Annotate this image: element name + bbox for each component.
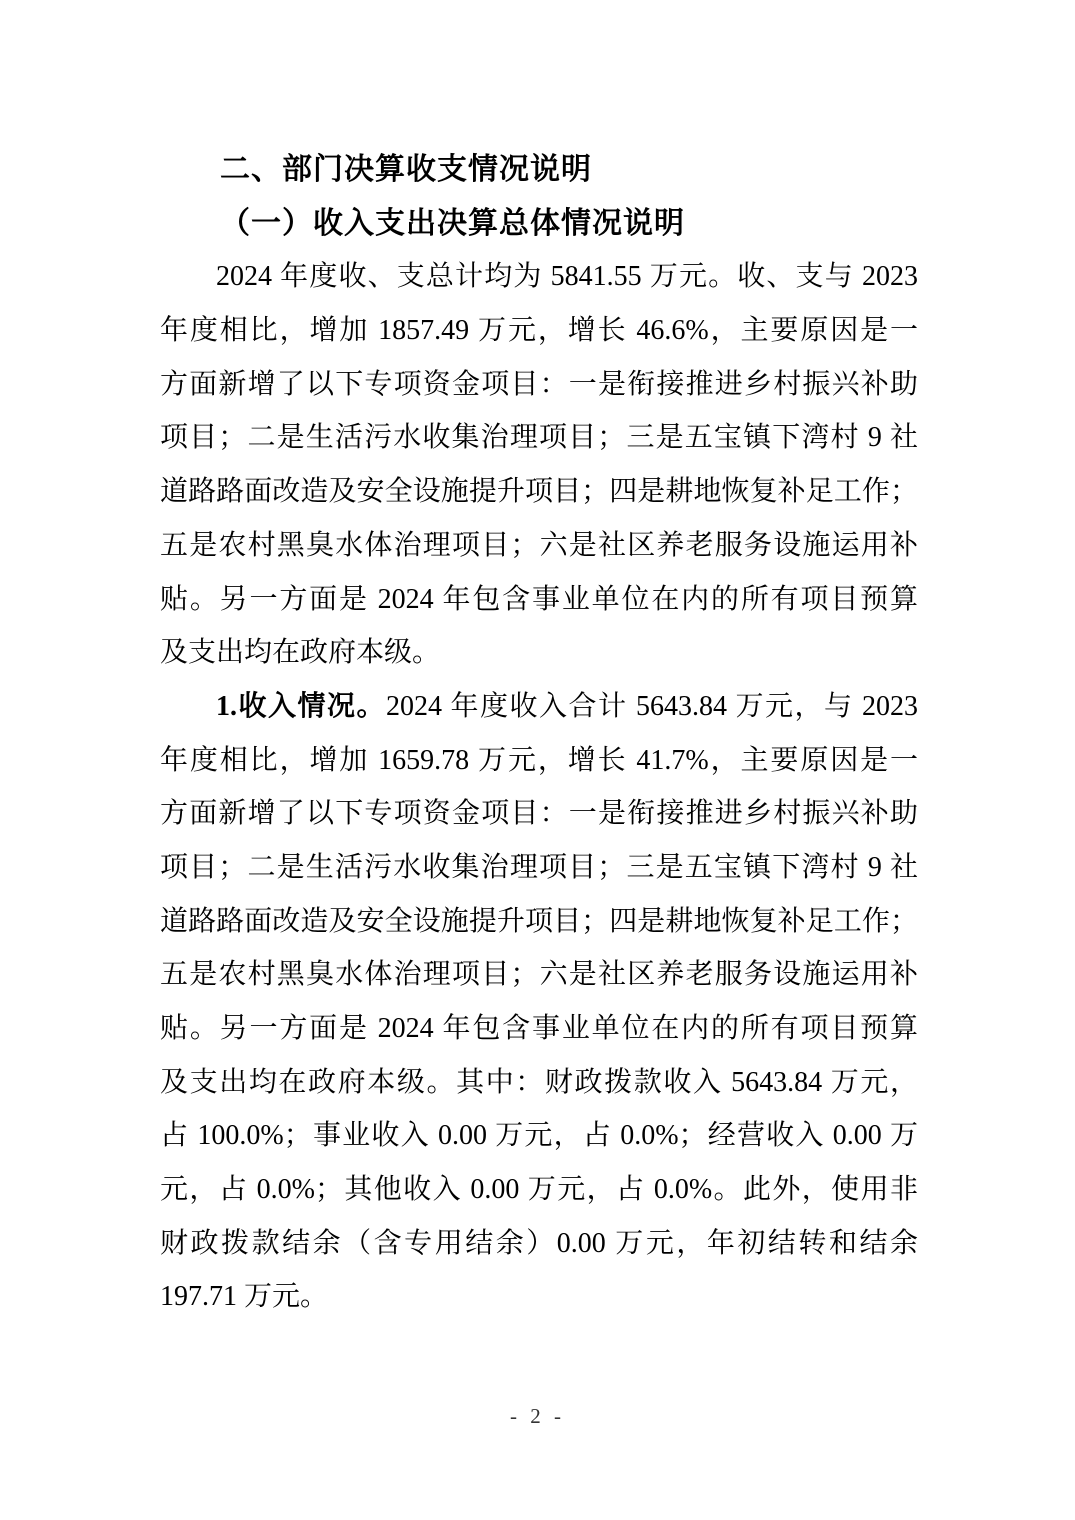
paragraph-overview: 2024 年度收、支总计均为 5841.55 万元。收、支与 2023 年度相比… <box>160 250 918 680</box>
text-line: 财政拨款结余（含专用结余）0.00 万元，年初结转和结余 <box>160 1217 918 1271</box>
text-line: 贴。另一方面是 2024 年包含事业单位在内的所有项目预算 <box>160 573 918 627</box>
text-run: 2024 年度收入合计 5643.84 万元，与 2023 <box>386 691 918 722</box>
text-line: 项目；二是生活污水收集治理项目；三是五宝镇下湾村 9 社 <box>160 841 918 895</box>
text-line: 2024 年度收、支总计均为 5841.55 万元。收、支与 2023 <box>160 250 918 304</box>
text-line: 及支出均在政府本级。 <box>160 626 918 680</box>
text-line: 1.收入情况。2024 年度收入合计 5643.84 万元，与 2023 <box>160 680 918 734</box>
subsection-heading: （一）收入支出决算总体情况说明 <box>160 197 918 251</box>
text-line: 道路路面改造及安全设施提升项目；四是耕地恢复补足工作； <box>160 895 918 949</box>
page-number: - 2 - <box>0 1404 1075 1429</box>
text-line: 元，占 0.0%；其他收入 0.00 万元，占 0.0%。此外，使用非 <box>160 1163 918 1217</box>
text-line: 方面新增了以下专项资金项目：一是衔接推进乡村振兴补助 <box>160 787 918 841</box>
paragraph-income: 1.收入情况。2024 年度收入合计 5643.84 万元，与 2023 年度相… <box>160 680 918 1324</box>
text-line: 及支出均在政府本级。其中：财政拨款收入 5643.84 万元， <box>160 1056 918 1110</box>
document-body: 二、部门决算收支情况说明 （一）收入支出决算总体情况说明 2024 年度收、支总… <box>160 143 918 1324</box>
text-line: 道路路面改造及安全设施提升项目；四是耕地恢复补足工作； <box>160 465 918 519</box>
text-line: 年度相比，增加 1659.78 万元，增长 41.7%，主要原因是一 <box>160 734 918 788</box>
text-line: 年度相比，增加 1857.49 万元，增长 46.6%，主要原因是一 <box>160 304 918 358</box>
text-line: 贴。另一方面是 2024 年包含事业单位在内的所有项目预算 <box>160 1002 918 1056</box>
text-line: 占 100.0%；事业收入 0.00 万元，占 0.0%；经营收入 0.00 万 <box>160 1109 918 1163</box>
text-line: 方面新增了以下专项资金项目：一是衔接推进乡村振兴补助 <box>160 358 918 412</box>
text-line: 项目；二是生活污水收集治理项目；三是五宝镇下湾村 9 社 <box>160 411 918 465</box>
text-line: 197.71 万元。 <box>160 1270 918 1324</box>
text-line: 五是农村黑臭水体治理项目；六是社区养老服务设施运用补 <box>160 519 918 573</box>
section-heading: 二、部门决算收支情况说明 <box>160 143 918 197</box>
document-page: 二、部门决算收支情况说明 （一）收入支出决算总体情况说明 2024 年度收、支总… <box>0 0 1075 1520</box>
text-line: 五是农村黑臭水体治理项目；六是社区养老服务设施运用补 <box>160 948 918 1002</box>
income-lead-bold: 1.收入情况。 <box>216 691 386 722</box>
